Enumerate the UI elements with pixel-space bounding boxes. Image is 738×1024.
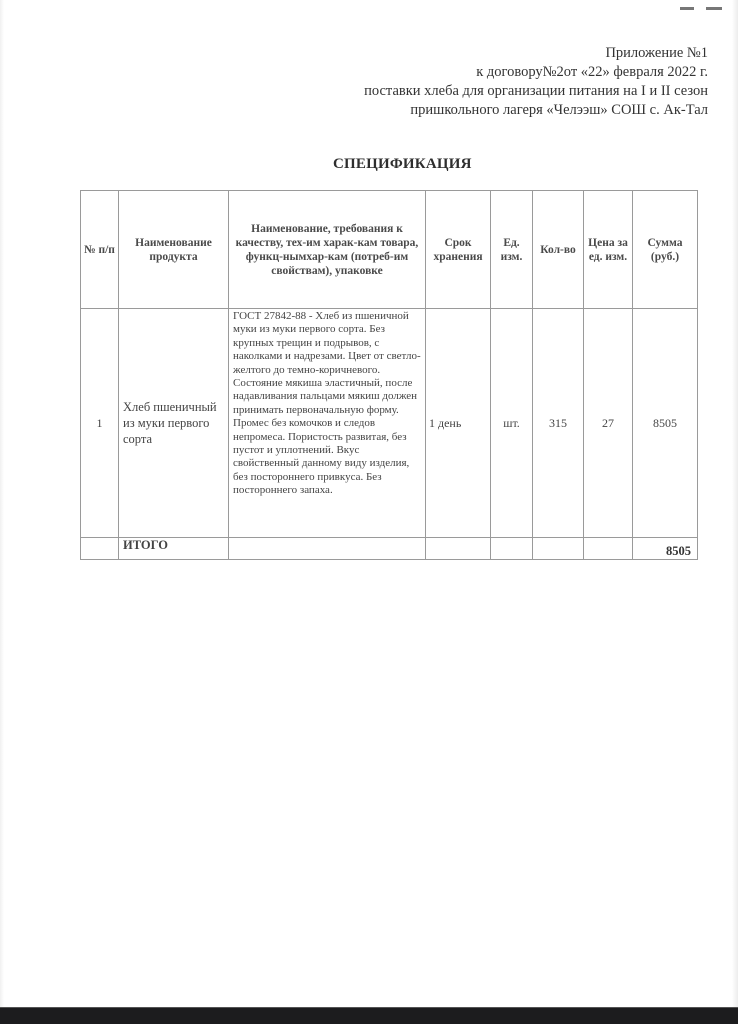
specification-table: № п/п Наименование продукта Наименование…: [80, 190, 698, 560]
header-shelf-life: Срок хранения: [426, 191, 491, 309]
quantity: 315: [533, 309, 584, 538]
row-sum: 8505: [633, 309, 698, 538]
appendix-header: Приложение №1 к договору№2от «22» феврал…: [188, 44, 708, 120]
contract-reference: к договору№2от «22» февраля 2022 г.: [188, 63, 708, 82]
total-sum: 8505: [633, 538, 698, 560]
contract-subject: поставки хлеба для организации питания н…: [188, 82, 708, 101]
header-requirements: Наименование, требования к качеству, тех…: [229, 191, 426, 309]
scan-border: [0, 1007, 738, 1024]
scan-mark: [706, 7, 722, 10]
table-header-row: № п/п Наименование продукта Наименование…: [81, 191, 698, 309]
page-edge-left: [0, 0, 4, 1008]
document-title: СПЕЦИФИКАЦИЯ: [333, 156, 472, 173]
product-requirements: ГОСТ 27842-88 - Хлеб из пшеничной муки и…: [229, 309, 426, 538]
header-quantity: Кол-во: [533, 191, 584, 309]
unit-price: 27: [584, 309, 633, 538]
total-empty-cell: [426, 538, 491, 560]
row-number: 1: [81, 309, 119, 538]
page-edge-right: [732, 0, 738, 1008]
appendix-number: Приложение №1: [188, 44, 708, 63]
scan-marks: [680, 7, 730, 11]
header-sum: Сумма (руб.): [633, 191, 698, 309]
total-empty-cell: [584, 538, 633, 560]
header-unit: Ед. изм.: [491, 191, 533, 309]
header-product: Наименование продукта: [119, 191, 229, 309]
total-label: ИТОГО: [119, 538, 229, 560]
product-name: Хлеб пшеничный из муки первого сорта: [119, 309, 229, 538]
shelf-life: 1 день: [426, 309, 491, 538]
scan-mark: [680, 7, 694, 10]
header-number: № п/п: [81, 191, 119, 309]
header-unit-price: Цена за ед. изм.: [584, 191, 633, 309]
table-row: 1 Хлеб пшеничный из муки первого сорта Г…: [81, 309, 698, 538]
total-row: ИТОГО 8505: [81, 538, 698, 560]
unit: шт.: [491, 309, 533, 538]
camp-name: пришкольного лагеря «Челээш» СОШ с. Ак-Т…: [188, 101, 708, 120]
total-empty-cell: [81, 538, 119, 560]
total-empty-cell: [491, 538, 533, 560]
total-empty-cell: [229, 538, 426, 560]
total-empty-cell: [533, 538, 584, 560]
